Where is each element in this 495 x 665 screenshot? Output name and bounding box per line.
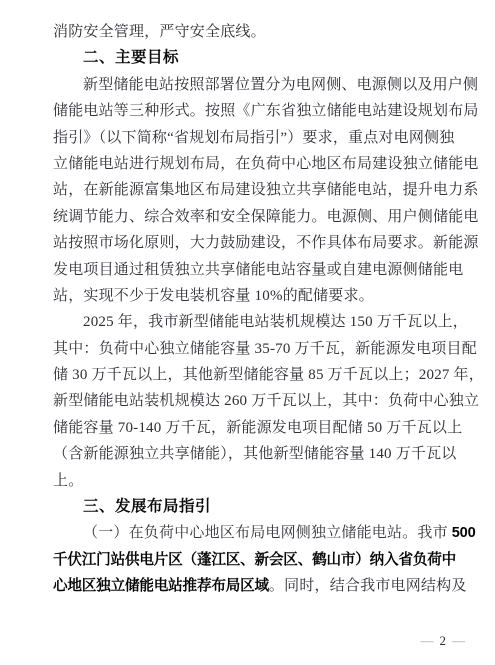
page-number: —2— [415,633,472,649]
page-number-value: 2 [440,633,447,648]
text-line: 2025 年，我市新型储能电站装机规模达 150 万千瓦以上， [53,309,475,335]
text-segment-bold: 心地区独立储能电站推荐布局区域 [53,578,269,594]
text-segment-normal: 发电项目通过租赁独立共享储能电站容量或自建电源侧储能电 [53,262,463,278]
text-segment-normal: 新型储能电站装机规模达 260 万千瓦以上，其中：负荷中心独立 [53,393,479,409]
text-line: 指引》（以下简称“省规划布局指引”）要求，重点对电网侧独 [53,125,475,151]
text-line: （一）在负荷中心地区布局电网侧独立储能电站。我市 500 [53,520,475,546]
text-line: 站，实现不少于发电装机容量 10%的配储要求。 [53,283,475,309]
text-line: 站，在新能源富集地区布局建设独立共享储能电站，提升电力系 [53,177,475,203]
text-segment-normal: 指引》（以下简称“省规划布局指引”）要求，重点对电网侧独 [53,130,454,146]
text-segment-normal: 立储能电站进行规划布局，在负荷中心地区布局建设独立储能电 [53,156,479,172]
text-segment-bold: 500 [452,525,476,541]
text-segment-normal: 储能电站等三种形式。按照《广东省独立储能电站建设规划布局 [53,103,479,119]
text-segment-normal: 统调节能力、综合效率和安全保障能力。电源侧、用户侧储能电 [53,209,479,225]
text-segment-normal: 站，实现不少于发电装机容量 10%的配储要求。 [53,288,374,304]
text-line: 新型储能电站按照部署位置分为电网侧、电源侧以及用户侧 [53,72,475,98]
text-line: 储能容量 70-140 万千瓦，新能源发电项目配储 50 万千瓦以上 [53,415,475,441]
text-line: 三、发展布局指引 [53,494,475,520]
document-page: 消防安全管理，严守安全底线。二、主要目标新型储能电站按照部署位置分为电网侧、电源… [0,0,495,665]
text-segment-normal: 储 30 万千瓦以上，其他新型储能容量 85 万千瓦以上；2027 年， [53,367,484,383]
text-line: 消防安全管理，严守安全底线。 [53,19,475,45]
page-number-dash-right: — [452,633,465,648]
text-segment-normal: 新型储能电站按照部署位置分为电网侧、电源侧以及用户侧 [83,77,478,93]
text-line: 统调节能力、综合效率和安全保障能力。电源侧、用户侧储能电 [53,204,475,230]
text-segment-normal: （含新能源独立共享储能），其他新型储能容量 140 万千瓦以 [53,446,457,462]
text-segment-normal: 消防安全管理，严守安全底线。 [53,24,266,40]
text-line: 储能电站等三种形式。按照《广东省独立储能电站建设规划布局 [53,98,475,124]
text-segment-normal: 储能容量 70-140 万千瓦，新能源发电项目配储 50 万千瓦以上 [53,420,462,436]
text-segment-normal: 站按照市场化原则，大力鼓励建设，不作具体布局要求。新能源 [53,235,479,251]
text-line: 储 30 万千瓦以上，其他新型储能容量 85 万千瓦以上；2027 年， [53,362,475,388]
text-segment-normal: 站，在新能源富集地区布局建设独立共享储能电站，提升电力系 [53,182,479,198]
text-line: 上。 [53,468,475,494]
text-segment-heading: 三、发展布局指引 [83,498,211,515]
document-body: 消防安全管理，严守安全底线。二、主要目标新型储能电站按照部署位置分为电网侧、电源… [53,19,475,600]
text-line: 其中：负荷中心独立储能容量 35-70 万千瓦，新能源发电项目配 [53,336,475,362]
text-segment-kai: 我市 [417,525,451,541]
text-segment-kai: （一）在负荷中心地区布局电网侧独立储能电站。 [83,525,417,541]
text-line: 新型储能电站装机规模达 260 万千瓦以上，其中：负荷中心独立 [53,388,475,414]
text-segment-normal: 2025 年，我市新型储能电站装机规模达 150 万千瓦以上， [83,314,468,330]
text-line: 站按照市场化原则，大力鼓励建设，不作具体布局要求。新能源 [53,230,475,256]
text-line: 心地区独立储能电站推荐布局区域。同时，结合我市电网结构及 [53,573,475,599]
text-line: 发电项目通过租赁独立共享储能电站容量或自建电源侧储能电 [53,257,475,283]
text-segment-normal: 。同时，结合我市电网结构及 [269,578,467,594]
text-segment-heading: 二、主要目标 [83,49,179,66]
text-line: 千伏江门站供电片区（蓬江区、新会区、鹤山市）纳入省负荷中 [53,547,475,573]
text-segment-normal: 其中：负荷中心独立储能容量 35-70 万千瓦，新能源发电项目配 [53,341,477,357]
text-segment-bold: 千伏江门站供电片区（蓬江区、新会区、鹤山市）纳入省负荷中 [53,552,456,568]
page-number-dash-left: — [421,633,434,648]
text-line: 立储能电站进行规划布局，在负荷中心地区布局建设独立储能电 [53,151,475,177]
text-line: 二、主要目标 [53,45,475,71]
text-segment-normal: 上。 [53,473,83,489]
text-line: （含新能源独立共享储能），其他新型储能容量 140 万千瓦以 [53,441,475,467]
